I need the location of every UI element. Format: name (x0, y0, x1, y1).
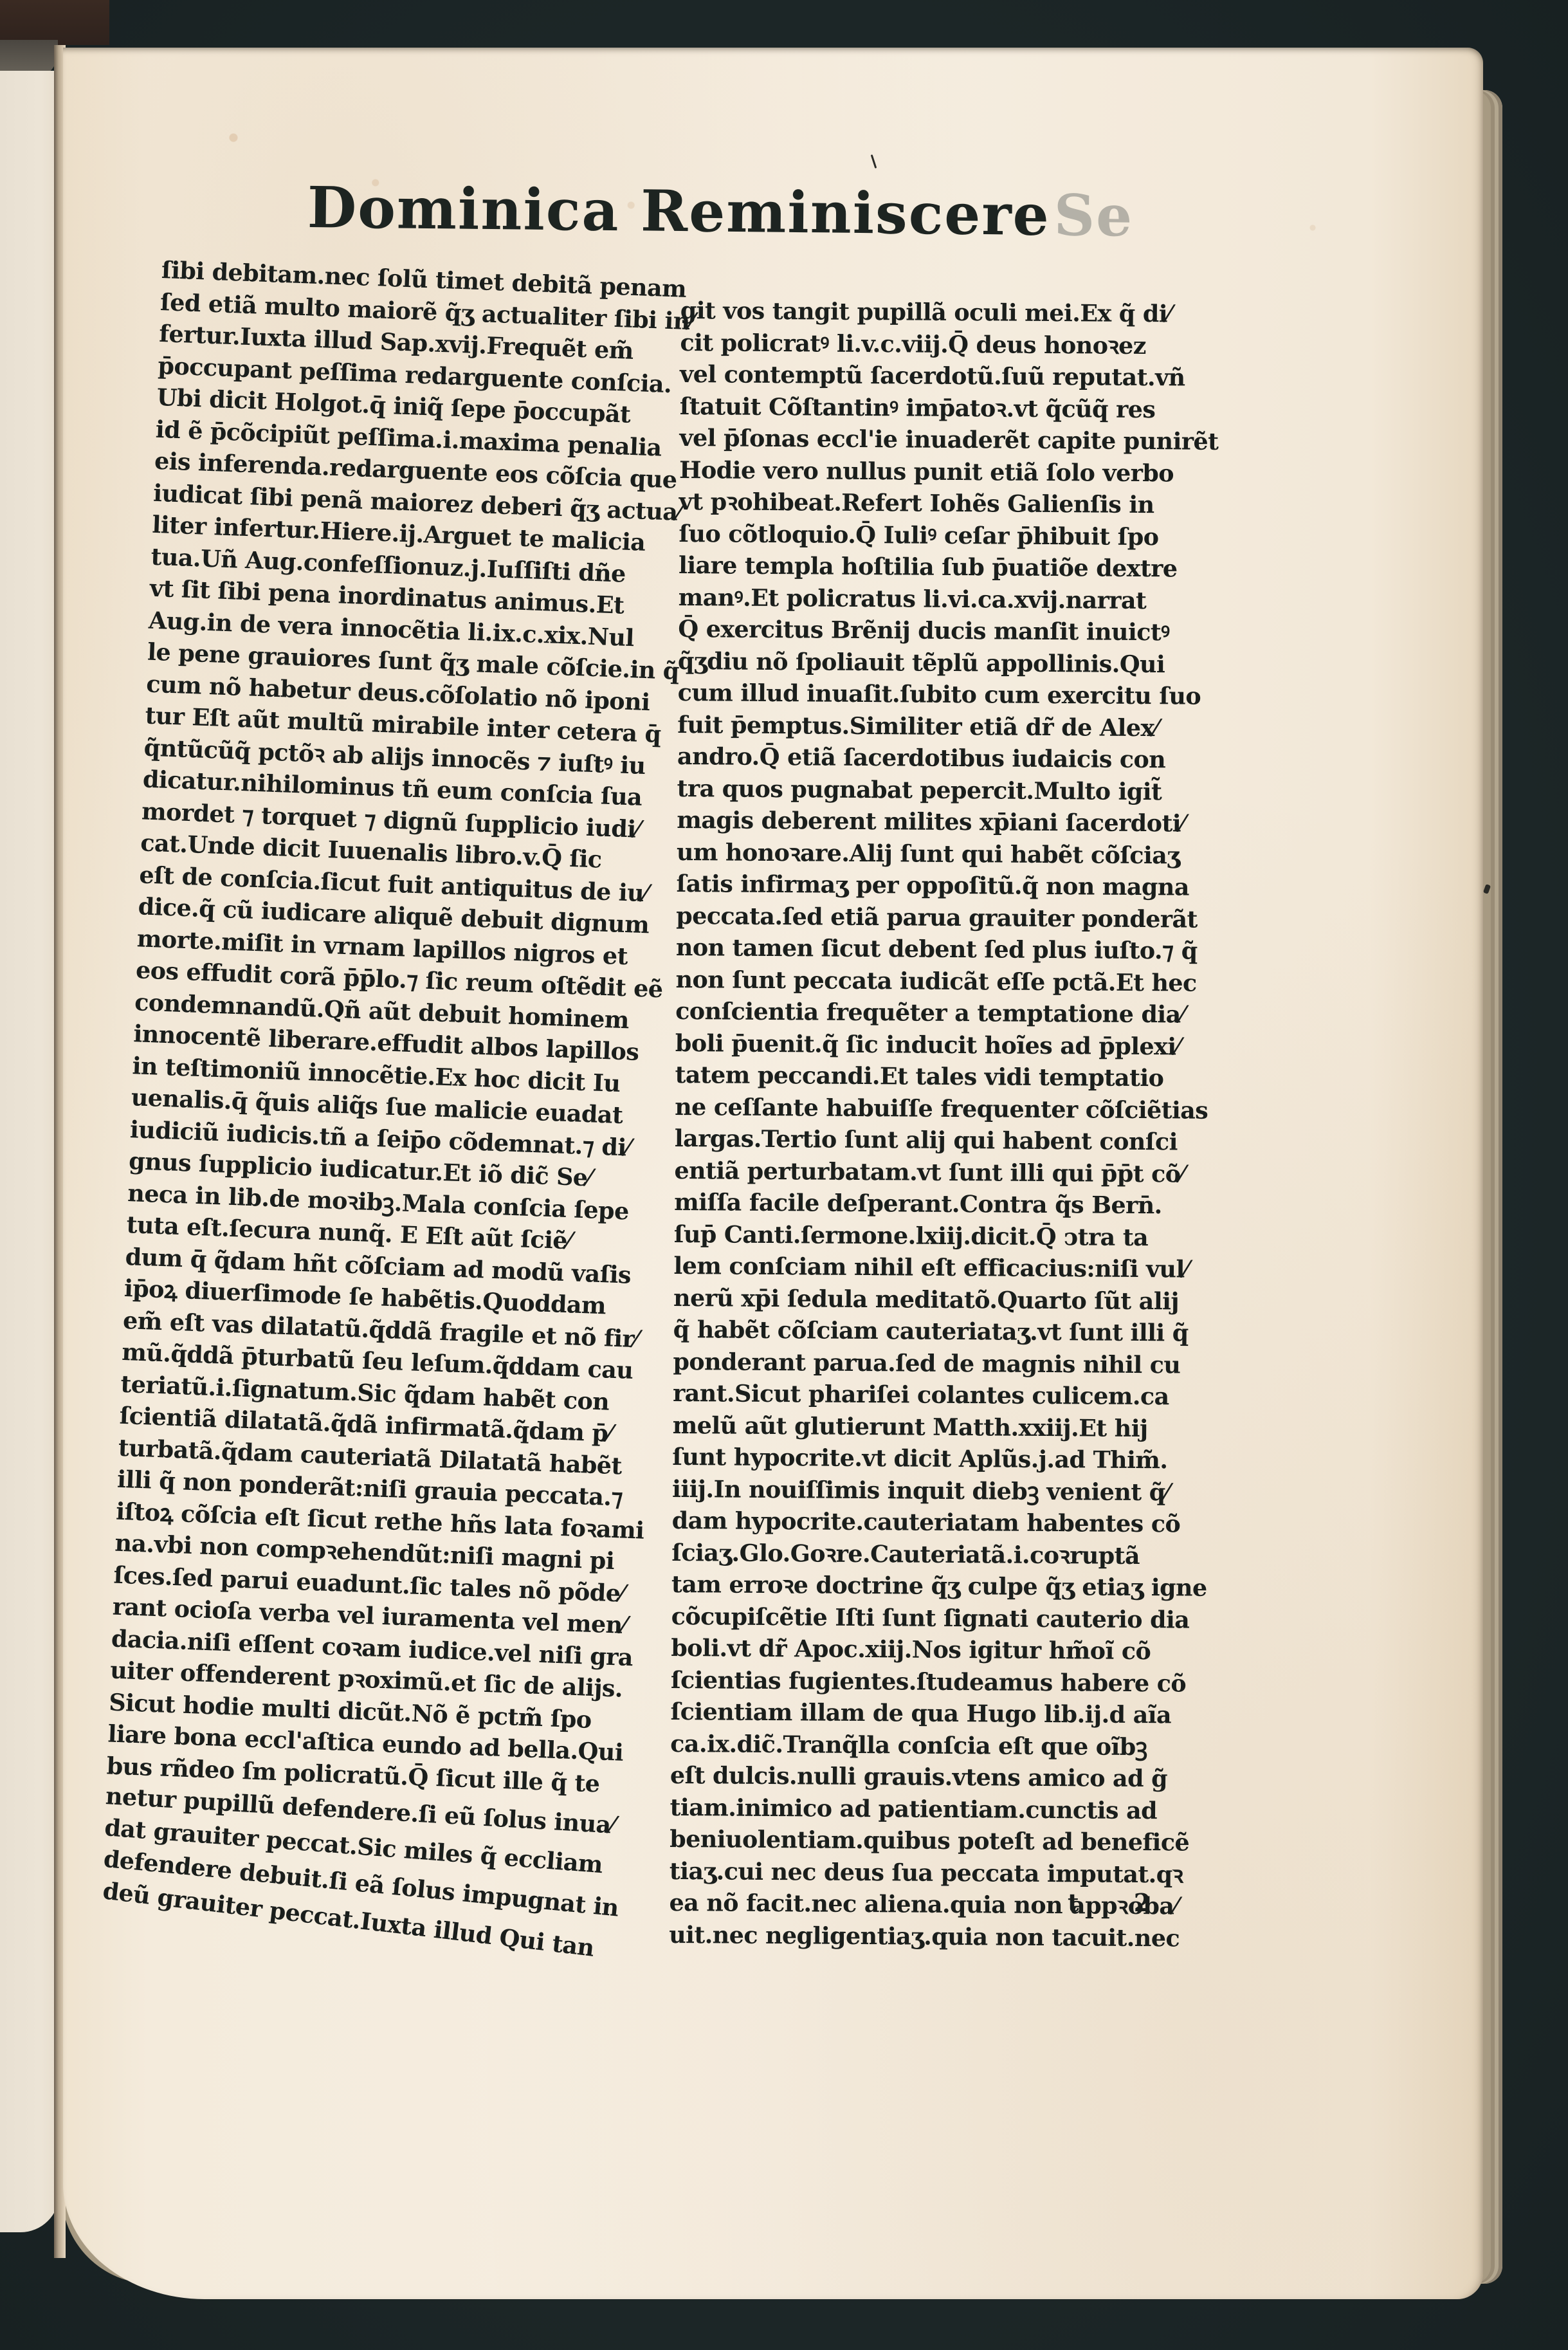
text-line: ponderant parua.ſed de magnis nihil cu (673, 1345, 1187, 1381)
running-head: Dominica ReminiscereSe (307, 174, 1133, 249)
text-line: largas.Tertio ſunt alij qui habent conſc… (675, 1123, 1189, 1158)
text-line: ſtatuit Cõſtantinꝰ imp̄atoꝛ.vt q̃cũq̃ re… (680, 390, 1194, 425)
text-line: Hodie vero nullus punit etiã ſolo verbo (679, 454, 1194, 489)
text-line: vel contemptũ ſacerdotũ.ſuũ reputat.vñ (680, 358, 1194, 394)
text-line: vt pꝛohibeat.Refert Iohẽs Galienſis in (679, 486, 1194, 521)
text-line: um honoꝛare.Alij ſunt qui habẽt cõſciaʒ (677, 836, 1191, 871)
text-line: ſatis infirmaʒ per oppoſitũ.q̃ non magna (676, 868, 1190, 903)
text-line: entiã perturbatam.vt ſunt illi qui p̄p̄t… (674, 1154, 1189, 1189)
text-line: ſuo cõtloquio.Q̄ Iuliꝰ ceſar p̄hibuit ſp… (679, 517, 1193, 553)
text-line: ſcientias fugientes.ſtudeamus habere cõ (671, 1664, 1185, 1699)
text-line: q̃ʒdiu nõ ſpoliauit tẽplũ appollinis.Qui (678, 645, 1192, 680)
text-line: andro.Q̄ etiã ſacerdotibus iudaicis con (677, 740, 1192, 776)
text-line: uit.nec negligentiaʒ.quia non tacuit.nec (669, 1918, 1183, 1954)
bleed-through-text: Se (1053, 181, 1134, 249)
text-line: git vos tangit pupillã oculi mei.Ex q̃ d… (680, 295, 1195, 330)
text-line: beniuolentiam.quibus poteſt ad beneficẽ (670, 1823, 1184, 1859)
text-line: tam erroꝛe doctrine q̃ʒ culpe q̃ʒ etiaʒ … (671, 1568, 1186, 1604)
text-column-left: ſibi debitam.nec ſolũ timet debitã penam… (102, 254, 677, 1928)
facing-verso-page (0, 71, 59, 2232)
text-line: conſcientia frequẽter a temptatione dia⁄ (675, 995, 1190, 1031)
running-head-title: Dominica Reminiscere (307, 174, 1050, 248)
text-line: cit policratꝰ li.v.c.viij.Q̄ deus honoꝛe… (680, 326, 1194, 362)
text-line: miſſa facile deſperant.Contra q̃s Bern̄. (674, 1186, 1189, 1222)
text-line: non ſunt peccata iudicãt eſſe pctã.Et he… (675, 963, 1190, 998)
text-line: iiij.In nouiſſimis inquit diebꝫ venient … (672, 1473, 1187, 1508)
text-line: non tamen ſicut debent ſed plus iuſto.⁊ … (676, 932, 1190, 967)
text-line: peccata.ſed etiã parua grauiter ponderãt (676, 899, 1190, 935)
text-line: q̃ habẽt cõſciam cauteriataʒ.vt ſunt ill… (673, 1314, 1188, 1349)
text-line: ſup̄ Canti.ſermone.lxiij.dicit.Q̄ ↄtra t… (674, 1218, 1189, 1253)
text-line: nerũ xp̄i ſedula meditatõ.Quarto ſũt ali… (673, 1281, 1188, 1317)
signature-mark: t 2 (1068, 1888, 1174, 1917)
text-line: ne ceſſante habuiſſe frequenter cõſciẽti… (675, 1090, 1189, 1126)
text-line: boli.vt dr̃ Apoc.xiij.Nos igitur hm̃oĩ c… (671, 1632, 1185, 1667)
text-line: fuit p̄emptus.Similiter etiã dr̃ de Alex… (677, 708, 1192, 744)
text-line: lem conſciam nihil eſt efficacius:niſi v… (673, 1250, 1188, 1285)
text-line: manꝰ.Et policratus li.vi.ca.xvij.narrat (679, 581, 1193, 616)
text-line: cõcupiſcẽtie Iſti ſunt ſignati cauterio … (671, 1600, 1185, 1635)
leather-binding (0, 0, 109, 45)
text-line: tatem peccandi.Et tales vidi temptatio (675, 1059, 1189, 1094)
text-column-right: git vos tangit pupillã oculi mei.Ex q̃ d… (669, 295, 1195, 1954)
text-line: tra quos pugnabat pepercit.Multo igit̃ (677, 772, 1191, 807)
text-line: tiam.inimico ad patientiam.cunctis ad (670, 1791, 1184, 1826)
text-line: eſt dulcis.nulli grauis.vtens amico ad g… (670, 1759, 1185, 1795)
text-line: tiaʒ.cui nec deus ſua peccata imputat.qꝛ (670, 1855, 1184, 1890)
text-line: ſcientiam illam de qua Hugo lib.ij.d aĩa (670, 1696, 1185, 1731)
text-line: melũ aũt glutierunt Matth.xxiij.Et hij (673, 1409, 1187, 1444)
text-line: liare templa hoſtilia ſub p̄uatiõe dextr… (679, 549, 1193, 585)
text-line: magis deberent milites xp̄iani ſacerdoti… (677, 804, 1191, 840)
text-line: cum illud inuaſit.ſubito cum exercitu ſu… (678, 677, 1192, 712)
text-line: ca.ix.dic̃.Tranq̃lla conſcia eſt que oĩb… (670, 1727, 1185, 1763)
text-line: rant.Sicut phariſei colantes culicem.ca (673, 1377, 1187, 1413)
text-line: ſciaʒ.Glo.Goꝛre.Cauteriatã.i.coꝛruptã (671, 1536, 1186, 1572)
text-line: vel p̄ſonas eccl'ie inuaderẽt capite pun… (679, 422, 1194, 457)
text-line: boli p̄uenit.q̃ ſic inducit hoĩes ad p̄p… (675, 1027, 1190, 1062)
text-line: Q̄ exercitus Brẽnij ducis manſit inuictꝰ (678, 613, 1192, 648)
text-line: ſunt hypocrite.vt dicit Aplũs.j.ad Thim̃… (672, 1441, 1187, 1476)
text-line: dam hypocrite.cauteriatam habentes cõ (672, 1505, 1187, 1540)
